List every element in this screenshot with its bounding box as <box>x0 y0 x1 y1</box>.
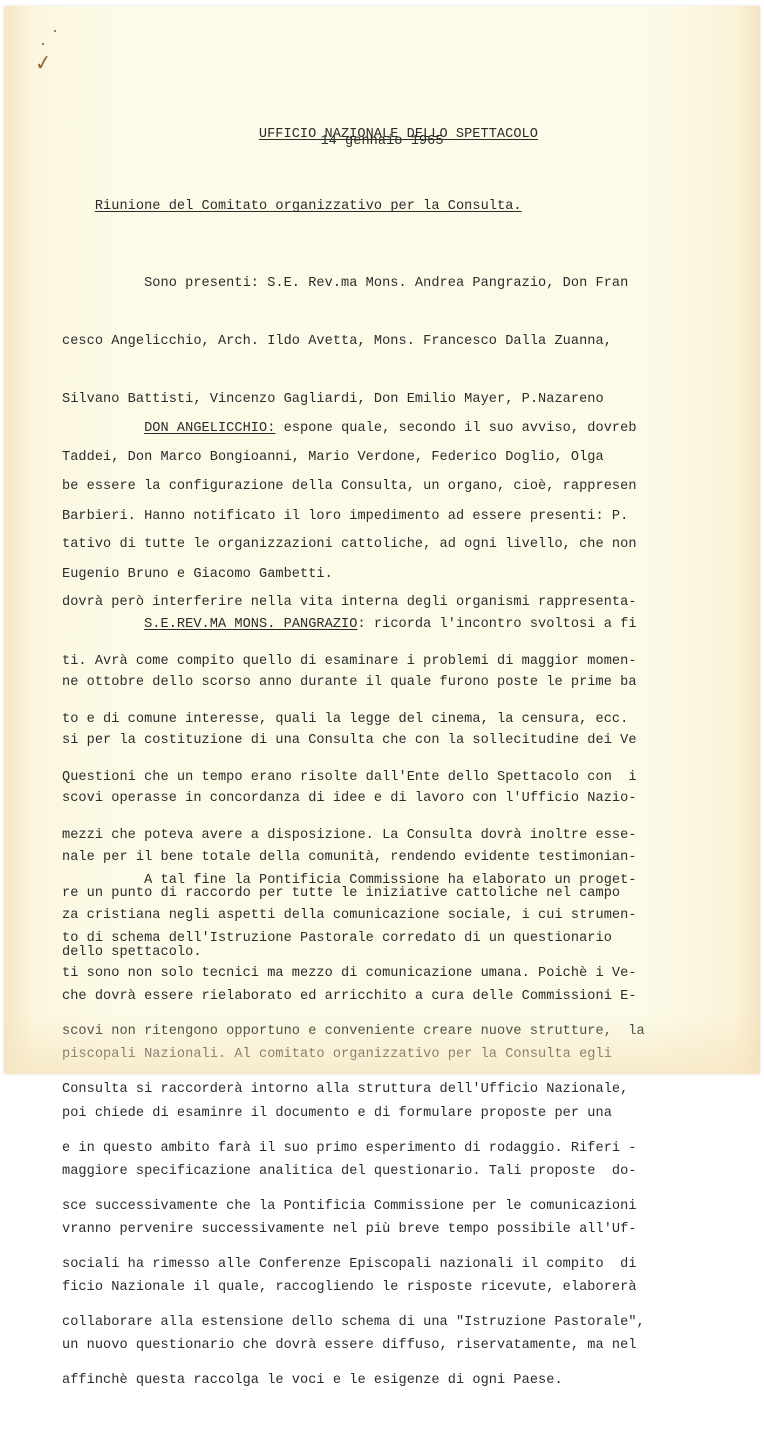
speaker-angelicchio: DON ANGELICCHIO: <box>144 421 275 436</box>
ink-speck <box>54 30 56 32</box>
document-date: 14 gennaio 1965 <box>4 132 760 151</box>
speaker-pangrazio: S.E.REV.MA MONS. PANGRAZIO <box>144 617 357 632</box>
commission-paragraph: A tal fine la Pontificia Commissione ha … <box>62 832 637 1080</box>
ink-speck <box>42 43 44 45</box>
meeting-subject: Riunione del Comitato organizzativo per … <box>62 178 522 236</box>
document-page: ✓ UFFICIO NAZIONALE DELLO SPETTACOLO 14 … <box>4 6 760 1074</box>
checkmark-icon: ✓ <box>34 47 52 79</box>
